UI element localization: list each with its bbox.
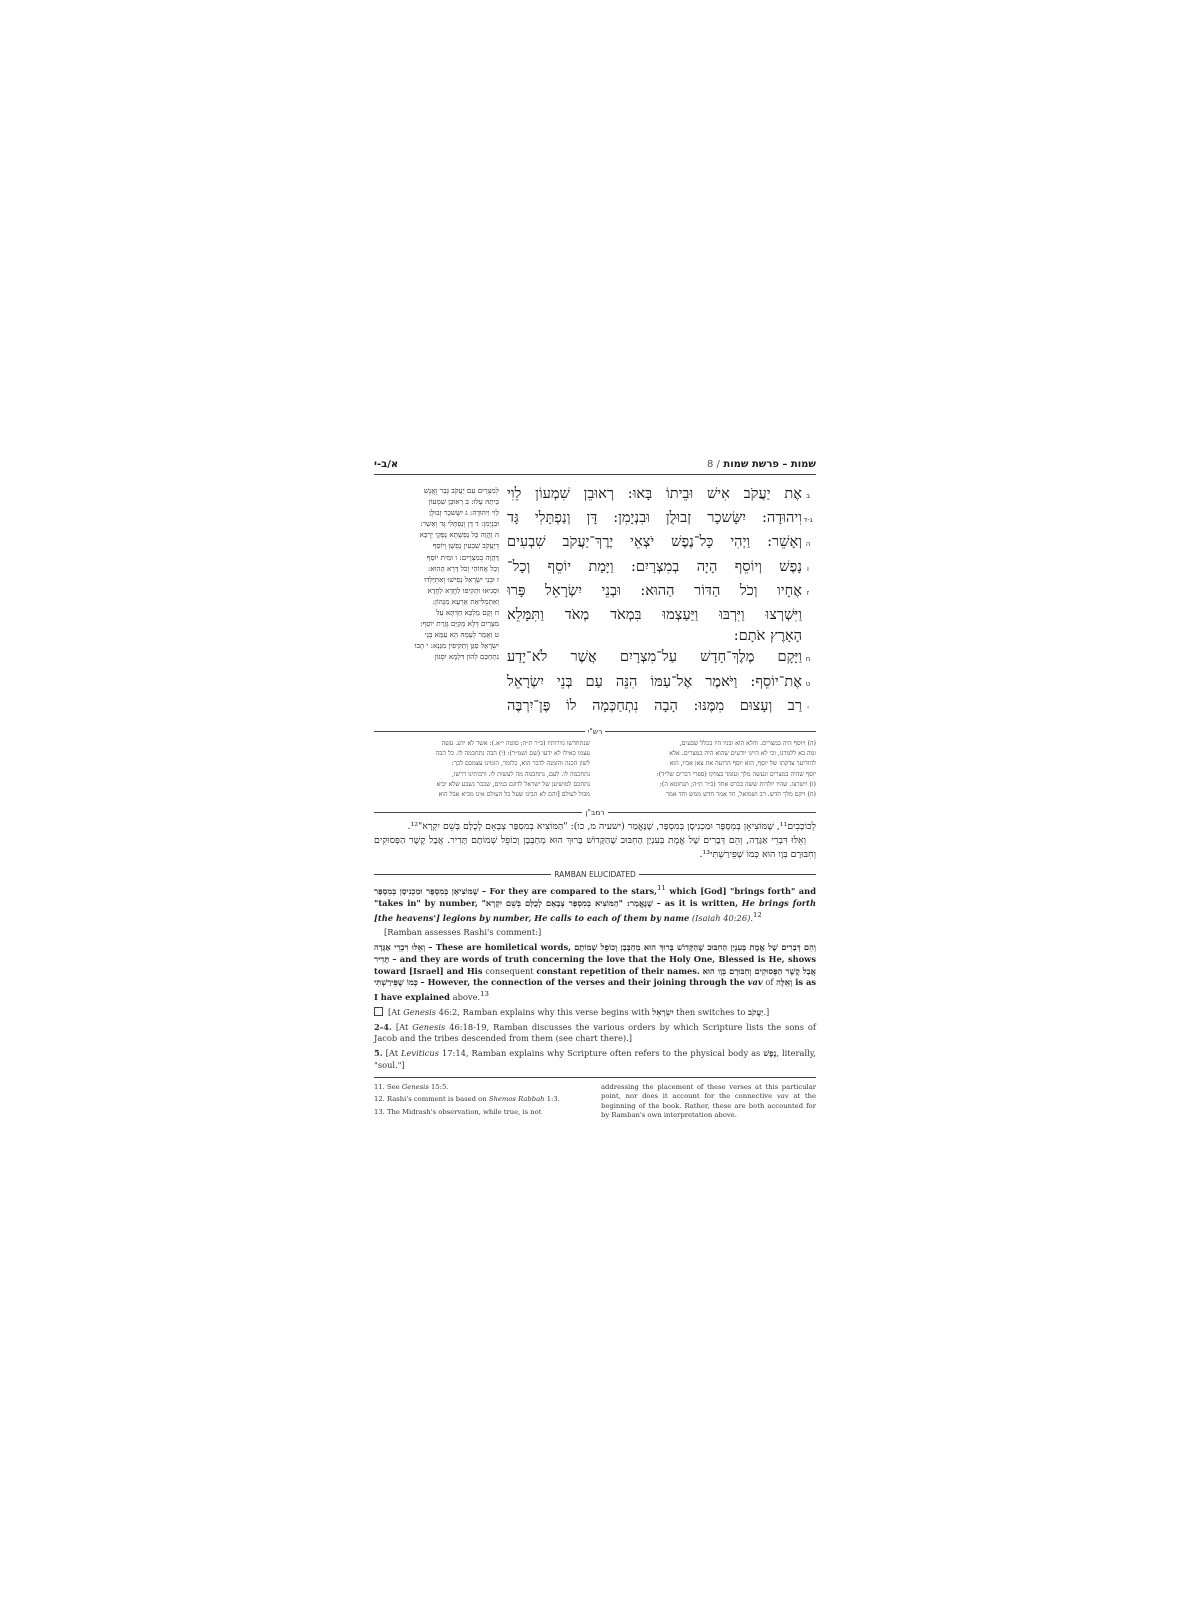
page-number: 8 (707, 459, 713, 470)
elucidated-section-title: RAMBAN ELUCIDATED (374, 870, 816, 879)
footnotes-right-column: addressing the placement of these verses… (601, 1083, 816, 1124)
verses-block: לְמִצְרַיִם עִם יַעֲקֹב גְּבַר וֶאֱנָשׁ … (374, 483, 816, 719)
ramban-paragraph: וְאֵלּוּ דִּבְרֵי אַגָּדָה, וְהֵם דְּבָר… (374, 834, 816, 862)
targum-line: בֵּיתֵהּ עָלוּ: ב רְאוּבֵן שִׁמְעוֹן (374, 496, 499, 507)
rashi-line: יוסף שהיה במצרים ונעשה מלך ועומד בצדקו (… (600, 770, 816, 780)
rashi-left-column: שנתחדשו גזירותיו (ב״ר ת״ה; סוטה י״א.): א… (374, 739, 590, 800)
rashi-line: מבול לעולם [והם לא הבינו שעל כל העולם אי… (374, 790, 590, 800)
bracket-note: [Ramban assesses Rashi's comment:] (374, 927, 816, 939)
verse-number: ה (802, 534, 814, 555)
running-header: א/ב-י שמות – פרשת שמות / 8 (374, 456, 816, 475)
torah-line: ונָפֶשׁ וְיוֹסֵף הָיָה בְמִצְרָיִם: וַיָ… (507, 556, 814, 580)
targum-line: וּבִנְיָמִן: ד דָּן וְנַפְתָּלִי גָּד וְ… (374, 518, 499, 529)
targum-line: מִצְרַיִם דְּלָא מְקַיֵּם גְּזֵרַת יוֹסֵ… (374, 618, 499, 629)
targum-line: לֵוִי וִיהוּדָה: ג יִשָּׂשכָר זְבוּלֻן (374, 507, 499, 518)
footnote-13: 13. The Midrash's observation, while tru… (374, 1108, 589, 1118)
targum-line: וְכָל אֲחוֹהִי וְכֹל דָּרָא הַהוּא: (374, 563, 499, 574)
footnote-13-continued: addressing the placement of these verses… (601, 1083, 816, 1121)
footnotes: 11. See Genesis 15:5. 12. Rashi's commen… (374, 1077, 816, 1124)
elucidated-paragraph: וְאֵלּוּ דִּבְרֵי אַגָּדָה – These are h… (374, 942, 816, 1004)
rashi-line: (ז) וישרצו. שהיו יולדות ששה בכרס אחד (ב״… (600, 780, 816, 790)
targum-line: ז וּבְנֵי יִשְׂרָאֵל נְפִישׁוּ וְאִתְיַל… (374, 574, 499, 585)
rashi-line: (ה) ויוסף היה במצרים. והלא הוא ובניו היו… (600, 739, 816, 749)
ramban-hebrew-text: לְכוֹכָבִים¹¹, שֶׁמּוֹצִיאָן בְּמִסְפָּר… (374, 820, 816, 862)
targum-line: וְאִתְמְלִיאַת אַרְעָא מִנְּהוֹן: (374, 596, 499, 607)
footnotes-left-column: 11. See Genesis 15:5. 12. Rashi's commen… (374, 1083, 589, 1124)
rashi-line: (ח) ויקם מלך חדש. רב ושמואל, חד אמר חדש … (600, 790, 816, 800)
verse-number: ב (802, 486, 814, 507)
targum-line: נִתְחַכַּם לְהוֹן דִּלְמָא יִסְגּוֹן (374, 651, 499, 662)
footnote-ref[interactable]: 13 (480, 990, 489, 998)
torah-line: הוְאָשֵׁר: וַיְהִי כָּל־נֶפֶשׁ יֹצְאֵי י… (507, 531, 814, 555)
torah-line: חוַיָּקָם מֶלֶךְ־חָדָשׁ עַל־מִצְרָיִם אֲ… (507, 646, 814, 670)
torah-line: טאֶת־יוֹסֵף: וַיֹּאמֶר אֶל־עַמּוֹ הִנֵּה… (507, 671, 814, 695)
targum-line: דַּהֲוָה בְמִצְרָיִם: ו וּמִית יוֹסֵף (374, 552, 499, 563)
targum-line: וּסְגִיאוּ וּתְקִיפוּ לַחֲדָא לַחֲדָא (374, 585, 499, 596)
rashi-line: ומה בא ללמדנו, וכי לא היינו יודעים שהוא … (600, 749, 816, 759)
targum-onkelos-column: לְמִצְרַיִם עִם יַעֲקֹב גְּבַר וֶאֱנָשׁ … (374, 483, 499, 719)
torah-line: ג-דוִיהוּדָה: יִשָּׂשכָר זְבוּלֻן וּבִנְ… (507, 507, 814, 531)
verse-number: ז (802, 583, 814, 604)
chapter-verse-range: א/ב-י (374, 459, 398, 470)
torah-line: הָאָרֶץ אֹתָם: (507, 625, 814, 646)
torah-text-column: באֶת יַעֲקֹב אִישׁ וּבֵיתוֹ בָּאוּ: רְאו… (507, 483, 816, 719)
verse-number: ט (802, 674, 814, 695)
targum-line: יִשְׂרָאֵל סַגַּן וְתַקִּיפִין מִנַּנָא:… (374, 640, 499, 651)
footnote-11: 11. See Genesis 15:5. (374, 1083, 589, 1093)
ramban-elucidated: שֶׁמּוֹצִיאָן בְּמִסְפָּר וּמַכְנִיסָן ב… (374, 883, 816, 1071)
elucidated-paragraph: שֶׁמּוֹצִיאָן בְּמִסְפָּר וּמַכְנִיסָן ב… (374, 883, 816, 924)
footnote-ref[interactable]: 11 (657, 884, 666, 892)
verse-number: ו (802, 559, 814, 580)
torah-line: ירַב וְעָצוּם מִמֶּנּוּ: הָבָה נִתְחַכְּ… (507, 695, 814, 719)
checkbox-icon (374, 1007, 383, 1016)
verse-number: ח (802, 649, 814, 670)
verse-number: י (802, 698, 814, 719)
targum-line: דְיַעֲקֹב שַׁבְעִין נַפְשָׁן וְיוֹסֵף (374, 540, 499, 551)
cross-reference-note: 2-4. [At Genesis 46:18-19, Ramban discus… (374, 1022, 816, 1046)
rashi-line: שנתחדשו גזירותיו (ב״ר ת״ה; סוטה י״א.): א… (374, 739, 590, 749)
rashi-commentary: (ה) ויוסף היה במצרים. והלא הוא ובניו היו… (374, 739, 816, 800)
footnote-ref[interactable]: 12 (753, 911, 762, 919)
targum-line: ה וַהֲוָה כָּל נַפְשָׁתָא נָפְקֵי יַרְכָ… (374, 529, 499, 540)
targum-line: לְמִצְרַיִם עִם יַעֲקֹב גְּבַר וֶאֱנָשׁ (374, 485, 499, 496)
rashi-line: עצמו כאילו לא ידעו (שם ושמ״ר): (י) הבה נ… (374, 749, 590, 759)
rashi-section-title: רש"י (374, 727, 816, 736)
footnote-12: 12. Rashi's comment is based on Shemos R… (374, 1095, 589, 1105)
rashi-line: נתחכם למושיען של ישראל לדונם במים, שכבר … (374, 780, 590, 790)
ramban-paragraph: לְכוֹכָבִים¹¹, שֶׁמּוֹצִיאָן בְּמִסְפָּר… (374, 820, 816, 834)
targum-line: ח וְקָם מַלְכָּא חַדְתָּא עַל (374, 607, 499, 618)
torah-line: וַיִּשְׁרְצוּ וַיִּרְבּוּ וַיַּעַצְמוּ ב… (507, 604, 814, 625)
rashi-line: נתחכמה לו. לעם, נתחכמה מה לעשות לו. ורבו… (374, 770, 590, 780)
verse-number: ג-ד (802, 510, 814, 531)
cross-reference-note: [At Genesis 46:2, Ramban explains why th… (374, 1007, 816, 1019)
ramban-section-title: רמב"ן (374, 808, 816, 817)
page-header-title: שמות – פרשת שמות / 8 (707, 459, 816, 470)
cross-reference-note: 5. [At Leviticus 17:14, Ramban explains … (374, 1048, 816, 1072)
rashi-line: לשון הכנה והזמנה לדבר הוא, כלומר, הזמינו… (374, 759, 590, 769)
rashi-right-column: (ה) ויוסף היה במצרים. והלא הוא ובניו היו… (600, 739, 816, 800)
rashi-line: להודיעך צדקתו של יוסף, הוא יוסף הרועה את… (600, 759, 816, 769)
targum-line: ט וַאֲמַר לְעַמֵּהּ הָא עַמָּא בְּנֵי (374, 629, 499, 640)
torah-line: זאֶחָיו וְכֹל הַדּוֹר הַהוּא: וּבְנֵי יִ… (507, 580, 814, 604)
book-page: א/ב-י שמות – פרשת שמות / 8 לְמִצְרַיִם ע… (374, 456, 816, 1124)
torah-line: באֶת יַעֲקֹב אִישׁ וּבֵיתוֹ בָּאוּ: רְאו… (507, 483, 814, 507)
